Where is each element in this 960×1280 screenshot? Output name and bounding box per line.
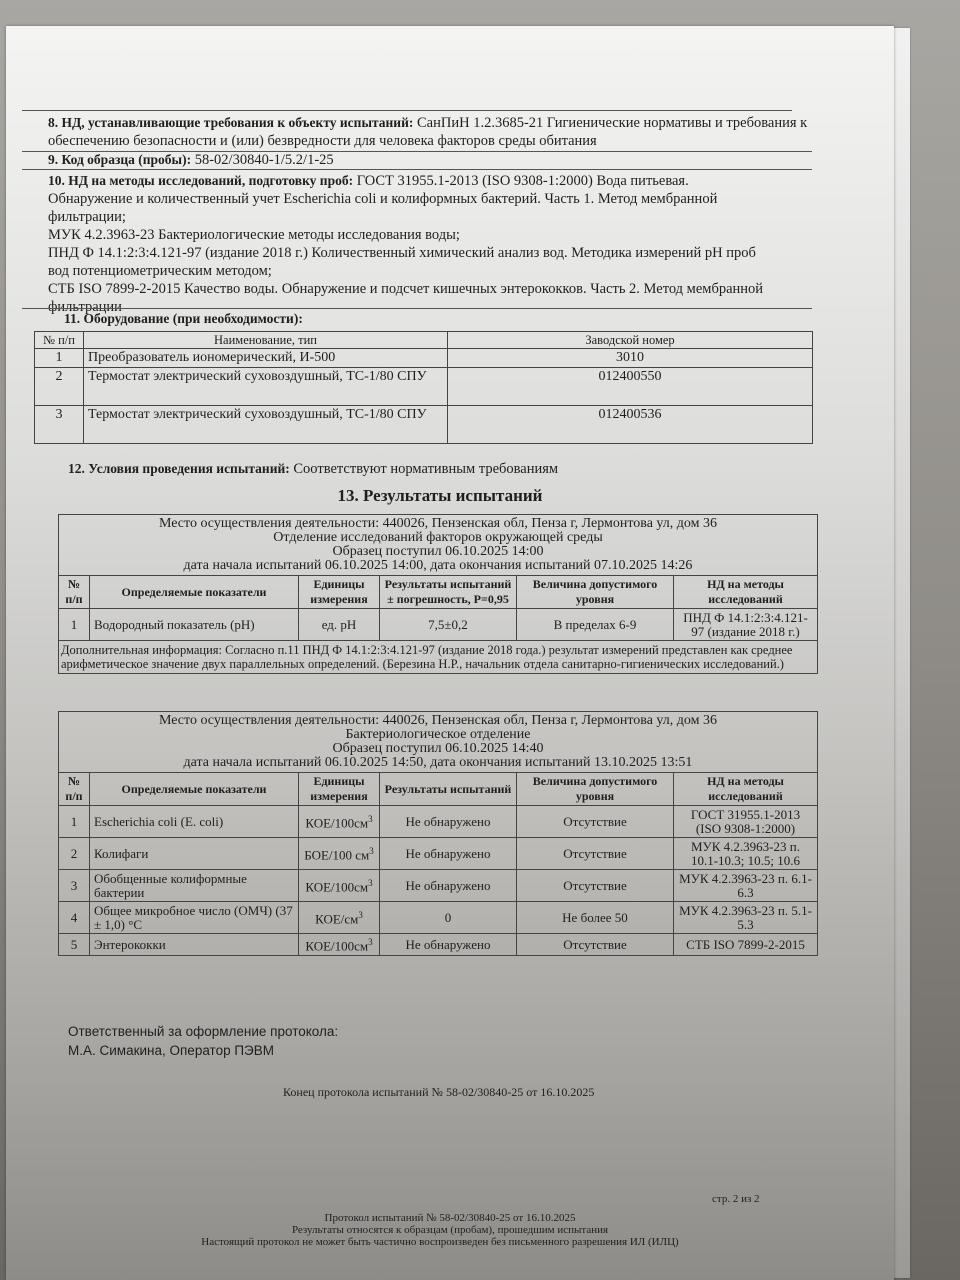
block-header-row: Место осуществления деятельности: 440026… bbox=[59, 712, 818, 773]
parameter: Энтерококки bbox=[90, 934, 299, 956]
equipment-table: № п/п Наименование, тип Заводской номер … bbox=[34, 331, 813, 444]
table-row: 3 Термостат электрический суховоздушный,… bbox=[35, 406, 813, 444]
table-row: 1 Водородный показатель (pH) ед. pH 7,5±… bbox=[59, 609, 818, 641]
col-parameter: Определяемые показатели bbox=[90, 773, 299, 806]
divider bbox=[22, 110, 792, 111]
row-num: 2 bbox=[59, 838, 90, 870]
results-table-bacteriology: Место осуществления деятельности: 440026… bbox=[58, 711, 818, 956]
col-name: Наименование, тип bbox=[84, 332, 448, 349]
row-num: 4 bbox=[59, 902, 90, 934]
col-result: Результаты испытаний bbox=[380, 773, 517, 806]
method: МУК 4.2.3963-23 п. 6.1-6.3 bbox=[674, 870, 818, 902]
unit-exponent: 3 bbox=[368, 937, 373, 947]
row-num: 2 bbox=[35, 368, 84, 406]
table-row: 2 Термостат электрический суховоздушный,… bbox=[35, 368, 813, 406]
table-row: 5 Энтерококки КОЕ/100см3 Не обнаружено О… bbox=[59, 934, 818, 956]
parameter: Водородный показатель (pH) bbox=[90, 609, 299, 641]
section-11-heading: 11. Оборудование (при необходимости): bbox=[64, 311, 303, 326]
result: 0 bbox=[380, 902, 517, 934]
method: МУК 4.2.3963-23 п. 10.1-10.3; 10.5; 10.6 bbox=[674, 838, 818, 870]
col-num: № п/п bbox=[59, 576, 90, 609]
unit-text: КОЕ/100см bbox=[305, 939, 368, 954]
table-row: 1 Преобразователь иономерический, И-500 … bbox=[35, 349, 813, 368]
footer-line-1: Протокол испытаний № 58-02/30840-25 от 1… bbox=[180, 1212, 720, 1224]
unit: ед. pH bbox=[299, 609, 380, 641]
block-header: Место осуществления деятельности: 440026… bbox=[59, 712, 818, 773]
result: Не обнаружено bbox=[380, 870, 517, 902]
sample-received: Образец поступил 06.10.2025 14:40 bbox=[63, 742, 813, 756]
unit: КОЕ/100см3 bbox=[299, 934, 380, 956]
limit: Отсутствие bbox=[517, 806, 674, 838]
section-9-label: 9. Код образца (пробы): bbox=[48, 152, 191, 167]
col-result: Результаты испытаний ± погрешность, P=0,… bbox=[380, 576, 517, 609]
serial-number: 3010 bbox=[448, 349, 813, 368]
section-11-label: 11. Оборудование (при необходимости): bbox=[64, 310, 834, 328]
row-num: 3 bbox=[59, 870, 90, 902]
footer-line-2: Результаты относятся к образцам (пробам)… bbox=[180, 1224, 720, 1236]
serial-number: 012400550 bbox=[448, 368, 813, 406]
unit: БОЕ/100 см3 bbox=[299, 838, 380, 870]
unit-exponent: 3 bbox=[368, 814, 373, 824]
col-parameter: Определяемые показатели bbox=[90, 576, 299, 609]
unit-text: КОЕ/100см bbox=[305, 816, 368, 831]
col-num: № п/п bbox=[59, 773, 90, 806]
row-num: 1 bbox=[59, 806, 90, 838]
responsible-label: Ответственный за оформление протокола: bbox=[68, 1022, 338, 1041]
unit: КОЕ/100см3 bbox=[299, 870, 380, 902]
result: 7,5±0,2 bbox=[380, 609, 517, 641]
unit-text: БОЕ/100 см bbox=[304, 848, 369, 863]
col-num: № п/п bbox=[35, 332, 84, 349]
unit: КОЕ/100см3 bbox=[299, 806, 380, 838]
unit-exponent: 3 bbox=[368, 878, 373, 888]
col-method: НД на методы исследований bbox=[674, 576, 818, 609]
row-num: 1 bbox=[59, 609, 90, 641]
end-note: Конец протокола испытаний № 58-02/30840-… bbox=[283, 1085, 594, 1100]
unit-text: КОЕ/см bbox=[315, 912, 358, 927]
block-header-row: Место осуществления деятельности: 440026… bbox=[59, 515, 818, 576]
parameter: Общее микробное число (ОМЧ) (37 ± 1,0) °… bbox=[90, 902, 299, 934]
additional-info: Дополнительная информация: Согласно п.11… bbox=[59, 641, 818, 674]
table-header-row: № п/п Определяемые показатели Единицы из… bbox=[59, 773, 818, 806]
section-8-label: 8. НД, устанавливающие требования к объе… bbox=[48, 115, 413, 130]
section-12: 12. Условия проведения испытаний: Соотве… bbox=[68, 460, 838, 478]
divider bbox=[22, 308, 812, 309]
col-serial: Заводской номер bbox=[448, 332, 813, 349]
responsible-block: Ответственный за оформление протокола: М… bbox=[68, 1022, 338, 1060]
page-number: стр. 2 из 2 bbox=[712, 1193, 760, 1205]
section-8: 8. НД, устанавливающие требования к объе… bbox=[48, 114, 818, 150]
section-12-label: 12. Условия проведения испытаний: bbox=[68, 461, 290, 476]
test-dates: дата начала испытаний 06.10.2025 14:00, … bbox=[63, 559, 813, 573]
parameter: Escherichia coli (E. coli) bbox=[90, 806, 299, 838]
limit: В пределах 6-9 bbox=[517, 609, 674, 641]
test-dates: дата начала испытаний 06.10.2025 14:50, … bbox=[63, 756, 813, 770]
limit: Отсутствие bbox=[517, 934, 674, 956]
block-header: Место осуществления деятельности: 440026… bbox=[59, 515, 818, 576]
table-row: 4 Общее микробное число (ОМЧ) (37 ± 1,0)… bbox=[59, 902, 818, 934]
sample-received: Образец поступил 06.10.2025 14:00 bbox=[63, 545, 813, 559]
result: Не обнаружено bbox=[380, 838, 517, 870]
limit: Отсутствие bbox=[517, 838, 674, 870]
table-header-row: № п/п Определяемые показатели Единицы из… bbox=[59, 576, 818, 609]
sample-code: 58-02/30840-1/5.2/1-25 bbox=[195, 152, 334, 168]
parameter: Колифаги bbox=[90, 838, 299, 870]
department: Отделение исследований факторов окружающ… bbox=[63, 531, 813, 545]
results-table-chemistry: Место осуществления деятельности: 440026… bbox=[58, 514, 818, 674]
section-10-label: 10. НД на методы исследований, подготовк… bbox=[48, 173, 353, 188]
unit: КОЕ/см3 bbox=[299, 902, 380, 934]
col-method: НД на методы исследований bbox=[674, 773, 818, 806]
row-num: 1 bbox=[35, 349, 84, 368]
unit-exponent: 3 bbox=[369, 846, 374, 856]
parameter: Обобщенные колиформные бактерии bbox=[90, 870, 299, 902]
unit-text: КОЕ/100см bbox=[305, 880, 368, 895]
result: Не обнаружено bbox=[380, 806, 517, 838]
col-limit: Величина допустимого уровня bbox=[517, 773, 674, 806]
table-row: 1 Escherichia coli (E. coli) КОЕ/100см3 … bbox=[59, 806, 818, 838]
limit: Отсутствие bbox=[517, 870, 674, 902]
col-unit: Единицы измерения bbox=[299, 773, 380, 806]
equipment-name: Термостат электрический суховоздушный, Т… bbox=[84, 406, 448, 444]
section-10: 10. НД на методы исследований, подготовк… bbox=[48, 172, 768, 316]
footer-line-3: Настоящий протокол не может быть частичн… bbox=[160, 1236, 720, 1248]
responsible-person: М.А. Симакина, Оператор ПЭВМ bbox=[68, 1041, 338, 1060]
row-num: 3 bbox=[35, 406, 84, 444]
table-row: 3 Обобщенные колиформные бактерии КОЕ/10… bbox=[59, 870, 818, 902]
row-num: 5 bbox=[59, 934, 90, 956]
method: ГОСТ 31955.1-2013 (ISO 9308-1:2000) bbox=[674, 806, 818, 838]
page-footer: Протокол испытаний № 58-02/30840-25 от 1… bbox=[180, 1212, 720, 1248]
unit-exponent: 3 bbox=[358, 910, 363, 920]
activity-place: Место осуществления деятельности: 440026… bbox=[63, 714, 813, 728]
table-row: 2 Колифаги БОЕ/100 см3 Не обнаружено Отс… bbox=[59, 838, 818, 870]
conditions-text: Соответствуют нормативным требованиям bbox=[293, 461, 558, 477]
method-line-3: ПНД Ф 14.1:2:3:4.121-97 (издание 2018 г.… bbox=[48, 245, 756, 279]
equipment-name: Термостат электрический суховоздушный, Т… bbox=[84, 368, 448, 406]
activity-place: Место осуществления деятельности: 440026… bbox=[63, 517, 813, 531]
department: Бактериологическое отделение bbox=[63, 728, 813, 742]
divider bbox=[22, 169, 812, 170]
info-row: Дополнительная информация: Согласно п.11… bbox=[59, 641, 818, 674]
limit: Не более 50 bbox=[517, 902, 674, 934]
method: МУК 4.2.3963-23 п. 5.1-5.3 bbox=[674, 902, 818, 934]
method: ПНД Ф 14.1:2:3:4.121-97 (издание 2018 г.… bbox=[674, 609, 818, 641]
results-title: 13. Результаты испытаний bbox=[0, 486, 880, 506]
method: СТБ ISO 7899-2-2015 bbox=[674, 934, 818, 956]
table-header-row: № п/п Наименование, тип Заводской номер bbox=[35, 332, 813, 349]
serial-number: 012400536 bbox=[448, 406, 813, 444]
col-limit: Величина допустимого уровня bbox=[517, 576, 674, 609]
method-line-2: МУК 4.2.3963-23 Бактериологические метод… bbox=[48, 227, 460, 243]
result: Не обнаружено bbox=[380, 934, 517, 956]
col-unit: Единицы измерения bbox=[299, 576, 380, 609]
section-9: 9. Код образца (пробы): 58-02/30840-1/5.… bbox=[48, 151, 818, 169]
equipment-name: Преобразователь иономерический, И-500 bbox=[84, 349, 448, 368]
